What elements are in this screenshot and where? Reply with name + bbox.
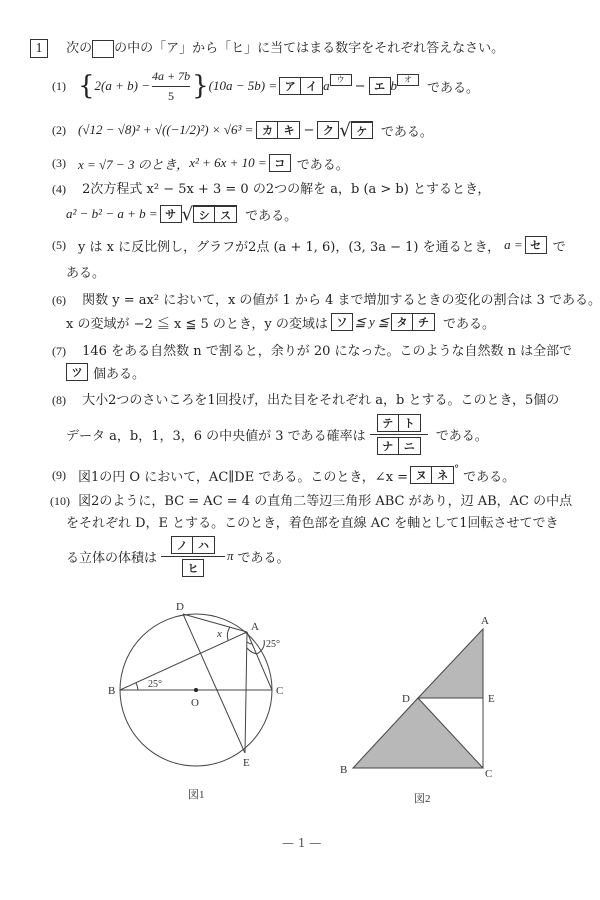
answer-box-to[interactable]: ト <box>399 414 421 432</box>
problem-number-box: 1 <box>30 39 48 58</box>
answer-box-so[interactable]: ソ <box>331 313 353 331</box>
problem-header: 1 次のの中の「ア」から「ヒ」に当てはまる数字をそれぞれ答えなさい。 <box>30 37 504 58</box>
expression: x² + 6x + 10 = <box>189 155 267 171</box>
question-label: (6) <box>52 293 66 307</box>
label-b: B <box>108 685 115 697</box>
answer-box-tsu[interactable]: ツ <box>66 363 88 381</box>
question-text: 図1の円 O において，AC∥DE である。このとき，∠x = <box>78 466 408 485</box>
answer-box-e[interactable]: エ <box>369 77 391 95</box>
answer-box-ko[interactable]: コ <box>269 154 291 172</box>
tail-text: である。 <box>297 154 349 173</box>
question-text: x の変域が −2 ≦ x ≦ 5 のとき，y の変域は <box>66 313 328 332</box>
label-d: D <box>402 693 410 705</box>
label-a: A <box>251 621 259 633</box>
minus-sign: − <box>355 79 366 94</box>
answer-box-ki[interactable]: キ <box>278 121 300 139</box>
question-label: (2) <box>52 123 66 138</box>
answer-box-sample <box>92 40 114 58</box>
expression: (10a − 5b) = <box>209 78 277 94</box>
instruction-text-a: 次の <box>66 41 92 56</box>
tail-text: である。 <box>381 121 433 140</box>
answer-box-ne[interactable]: ネ <box>432 466 454 484</box>
tail-text: である。 <box>238 547 290 566</box>
question-label: (10) <box>50 494 70 508</box>
answer-box-i[interactable]: イ <box>301 77 323 95</box>
answer-box-ha[interactable]: ハ <box>193 536 215 554</box>
answer-box-hi[interactable]: ヒ <box>182 559 204 577</box>
question-10-line3: る立体の体積は ノハ ヒ π である。 <box>66 533 290 579</box>
answer-box-ke[interactable]: ケ <box>351 121 373 139</box>
inequality: ≦ y ≦ <box>355 314 389 330</box>
fraction: 4a + 7b 5 <box>152 69 190 104</box>
answer-box-nu[interactable]: ヌ <box>410 466 432 484</box>
figure-1-caption: 図1 <box>188 788 205 801</box>
tail-text: である。 <box>463 466 515 485</box>
question-text: 図2のように，BC = AC = 4 の直角二等辺三角形 ABC があり，辺 A… <box>78 494 572 509</box>
left-brace: { <box>78 71 95 101</box>
question-label: (9) <box>52 468 66 483</box>
sqrt-icon: √ <box>182 204 193 225</box>
question-8-line2: データ a，b，1，3，6 の中央値が 3 である確率は テト ナニ である。 <box>66 412 488 456</box>
figure-2-caption: 図2 <box>414 792 431 805</box>
answer-box-ka[interactable]: カ <box>256 121 278 139</box>
question-10: (10) 図2のように，BC = AC = 4 の直角二等辺三角形 ABC があ… <box>50 490 572 509</box>
question-4: (4) 2次方程式 x² − 5x + 3 = 0 の2つの解を a，b (a … <box>52 178 490 197</box>
fraction: テト ナニ <box>370 414 428 455</box>
question-text: 146 をある自然数 n で割ると，余りが 20 になった。このような自然数 n… <box>82 344 572 359</box>
answer-box-shi[interactable]: シ <box>193 205 215 223</box>
degree-sign: ° <box>454 464 459 475</box>
answer-box-na[interactable]: ナ <box>377 437 399 455</box>
question-5: (5) y は x に反比例し，グラフが2点 (a + 1, 6)，(3, 3a… <box>52 234 566 256</box>
question-text: データ a，b，1，3，6 の中央値が 3 である確率は <box>66 425 366 444</box>
fraction: ノハ ヒ <box>161 536 225 577</box>
answer-box-sa[interactable]: サ <box>160 205 182 223</box>
tail-text: である。 <box>436 425 488 444</box>
question-10-line2: をそれぞれ D，E とする。このとき，着色部を直線 AC を軸として1回転させて… <box>66 512 559 531</box>
question-4-line2: a² − b² − a + b = サ √シス である。 <box>66 202 297 226</box>
question-6: (6) 関数 y = ax² において，x の値が 1 から 4 まで増加すると… <box>52 289 600 308</box>
question-text: y は x に反比例し，グラフが2点 (a + 1, 6)，(3, 3a − 1… <box>78 236 500 255</box>
minus-sign: − <box>303 123 314 138</box>
label-angle-a: 25° <box>266 639 280 650</box>
page-number: — 1 — <box>282 836 321 850</box>
label-b: B <box>340 764 347 776</box>
question-5-line2: ある。 <box>66 262 105 281</box>
question-8: (8) 大小2つのさいころを1回投げ，出た目をそれぞれ a，b とする。このとき… <box>52 389 559 408</box>
label-o: O <box>191 697 199 709</box>
tail-text: である。 <box>427 77 479 96</box>
question-label: (5) <box>52 238 66 253</box>
tail-text: である。 <box>245 205 297 224</box>
answer-box-a[interactable]: ア <box>279 77 301 95</box>
condition: x = √7 − 3 のとき， <box>78 154 189 173</box>
question-text: る立体の体積は <box>66 547 157 566</box>
answer-box-ta[interactable]: タ <box>391 313 413 331</box>
sqrt-icon: √ <box>339 120 350 141</box>
expression: a = <box>504 237 523 253</box>
center-point-o <box>194 688 198 692</box>
question-text: 関数 y = ax² において，x の値が 1 から 4 まで増加するときの変化… <box>82 293 600 308</box>
label-d: D <box>176 601 184 613</box>
question-label: (3) <box>52 156 66 171</box>
label-a: A <box>481 615 489 627</box>
answer-box-u[interactable]: ウ <box>330 74 352 86</box>
answer-box-se[interactable]: セ <box>525 236 547 254</box>
denominator: 5 <box>168 89 174 104</box>
label-e: E <box>488 693 495 705</box>
question-label: (8) <box>52 393 66 407</box>
answer-box-no[interactable]: ノ <box>171 536 193 554</box>
question-label: (1) <box>52 79 66 94</box>
expression: a² − b² − a + b = <box>66 206 158 222</box>
label-c: C <box>485 768 492 780</box>
answer-box-ni[interactable]: ニ <box>399 437 421 455</box>
question-7-line2: ツ 個ある。 <box>66 361 145 383</box>
expression: 2(a + b) − <box>95 78 150 94</box>
answer-box-ku[interactable]: ク <box>317 121 339 139</box>
label-c: C <box>276 685 283 697</box>
figure-1-circle-diagram: D A B C O E x 25° 25° 図1 <box>100 590 300 810</box>
question-9: (9) 図1の円 O において，AC∥DE である。このとき，∠x = ヌネ °… <box>52 464 515 486</box>
instruction-text-b: の中の「ア」から「ヒ」に当てはまる数字をそれぞれ答えなさい。 <box>114 41 504 56</box>
question-label: (4) <box>52 182 66 196</box>
question-text: 大小2つのさいころを1回投げ，出た目をそれぞれ a，b とする。このとき，5個の <box>82 393 559 408</box>
answer-box-o[interactable]: オ <box>397 74 419 86</box>
answer-box-chi[interactable]: チ <box>413 313 435 331</box>
question-6-line2: x の変域が −2 ≦ x ≦ 5 のとき，y の変域は ソ ≦ y ≦ タチ … <box>66 311 495 333</box>
question-7: (7) 146 をある自然数 n で割ると，余りが 20 になった。このような自… <box>52 340 572 359</box>
expression: (√12 − √8)² + √((−1/2)²) × √6³ = <box>78 122 253 138</box>
answer-box-te[interactable]: テ <box>377 414 399 432</box>
question-text: 2次方程式 x² − 5x + 3 = 0 の2つの解を a，b (a > b)… <box>82 182 490 197</box>
question-label: (7) <box>52 344 66 358</box>
tail-text: である。 <box>443 313 495 332</box>
tail-text: で <box>553 236 566 255</box>
pi-symbol: π <box>227 548 234 564</box>
question-2: (2) (√12 − √8)² + √((−1/2)²) × √6³ = カキ … <box>52 113 433 147</box>
question-3: (3) x = √7 − 3 のとき， x² + 6x + 10 = コ である… <box>52 152 349 174</box>
numerator: 4a + 7b <box>152 69 190 84</box>
label-angle-x: x <box>216 628 222 640</box>
question-1: (1) { 2(a + b) − 4a + 7b 5 } (10a − 5b) … <box>52 66 479 106</box>
figure-2-triangle-diagram: A D E B C 図2 <box>320 600 520 810</box>
answer-box-su[interactable]: ス <box>215 205 237 223</box>
label-e: E <box>243 757 250 769</box>
label-angle-b: 25° <box>148 679 162 690</box>
right-brace: } <box>192 71 209 101</box>
tail-text: 個ある。 <box>93 363 145 382</box>
